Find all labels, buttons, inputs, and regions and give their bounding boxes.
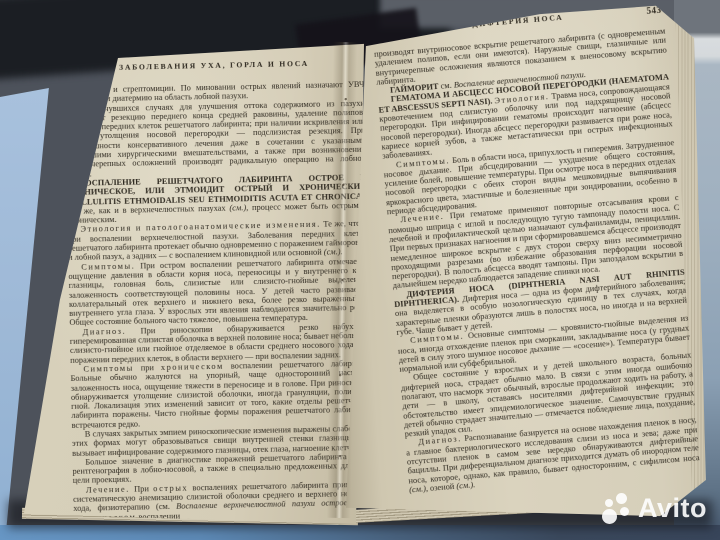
paragraph: Симптомы при хроническом воспалении реше… — [70, 359, 371, 430]
avito-logo-icon — [602, 492, 633, 525]
right-page: ДИФТЕРИЯ НОСА 543 производят внутриносов… — [338, 0, 720, 524]
paragraph: Симптомы. При остром воспалении решетчат… — [68, 256, 369, 327]
paragraph: Этиология и патологоанатомические измене… — [67, 219, 368, 262]
paragraph: Диагноз. При риноскопии обнаруживается р… — [70, 321, 371, 364]
avito-watermark: Avito — [602, 492, 707, 525]
paragraph: ВОСПАЛЕНИЕ РЕШЕТЧАТОГО ЛАБИРИНТА ОСТРОЕ … — [66, 173, 367, 226]
right-page-body: производят внутриносовое вскрытие решетч… — [374, 27, 701, 495]
paragraph: В затянувшихся случаях для улучшения отт… — [65, 98, 366, 179]
right-page-content: ДИФТЕРИЯ НОСА 543 производят внутриносов… — [372, 5, 701, 495]
left-page: 542 ЗАБОЛЕВАНИЯ УХА, ГОРЛА И НОСА пеници… — [18, 40, 364, 526]
avito-watermark-text: Avito — [638, 495, 707, 522]
book-photo-scene: 542 ЗАБОЛЕВАНИЯ УХА, ГОРЛА И НОСА пеници… — [0, 0, 720, 540]
